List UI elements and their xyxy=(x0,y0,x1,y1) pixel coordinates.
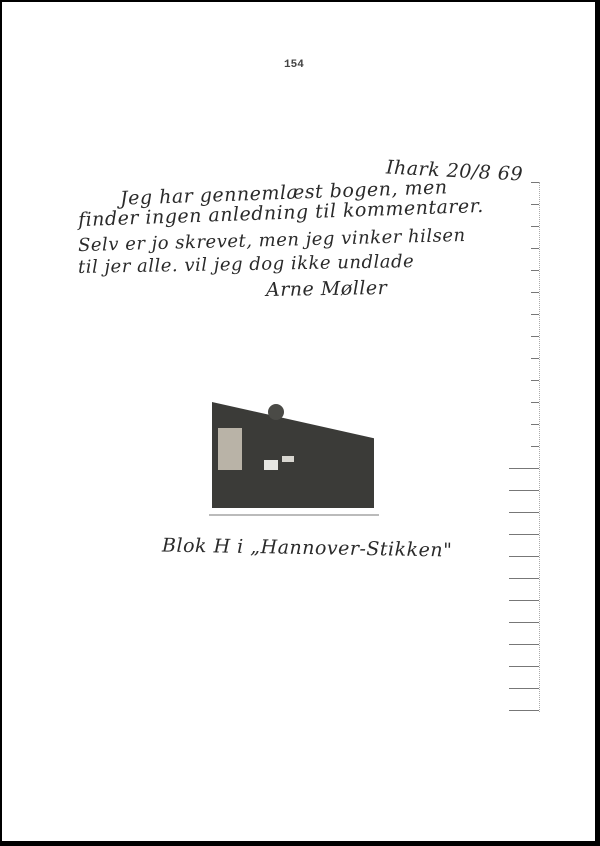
signature: Arne Møller xyxy=(266,277,388,301)
letter-line: til jer alle. vil jeg dog ikke undlade xyxy=(78,251,414,278)
page-number: 154 xyxy=(284,59,304,71)
document-page: 154 Ihark 20/8 69 Jeg har gennemlæst bog… xyxy=(2,2,598,844)
margin-ticks xyxy=(529,182,540,712)
photograph xyxy=(209,390,379,516)
photo-caption: Blok H i „Hannover-Stikken" xyxy=(162,534,453,561)
photo-image xyxy=(212,400,374,508)
